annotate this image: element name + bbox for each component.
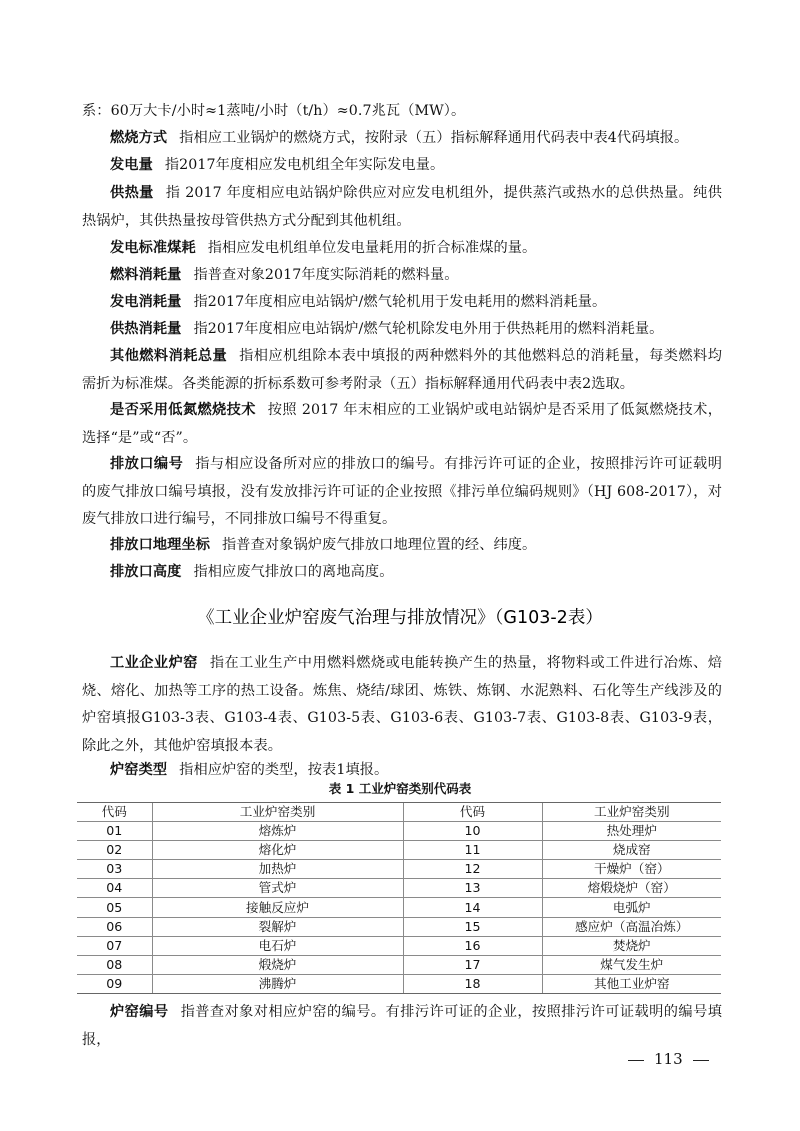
definition-text: 指2017年度相应电站锅炉/燃气轮机除发电外用于供热耗用的燃料消耗量。 [193,321,663,337]
dash-decoration-left [628,1060,644,1061]
table-row: 04 管式炉 13 熔煅烧炉（窑） [77,879,721,898]
category-cell: 电弧炉 [542,898,721,917]
definition-outlet-number: 排放口编号指与相应设备所对应的排放口的编号。有排污许可证的企业，按照排污许可证载… [82,451,722,534]
definition-fuel-consumption: 燃料消耗量指普查对象2017年度实际消耗的燃料量。 [82,262,722,290]
table-row: 01 熔炼炉 10 热处理炉 [77,822,721,841]
category-cell: 干燥炉（窑） [542,860,721,879]
definition-text: 指普查对象2017年度实际消耗的燃料量。 [193,267,458,283]
definition-term: 排放口高度 [110,564,181,580]
definition-term: 发电量 [110,157,153,173]
definition-text: 指相应发电机组单位发电量耗用的折合标准煤的量。 [208,240,537,256]
definition-term: 炉窑编号 [110,1004,169,1020]
paragraph-text: 系：60万大卡/小时≈1蒸吨/小时（t/h）≈0.7兆瓦（MW）。 [82,103,465,119]
table-row: 05 接触反应炉 14 电弧炉 [77,898,721,917]
table-row: 09 沸腾炉 18 其他工业炉窑 [77,974,721,993]
section-title: 《工业企业炉窑废气治理与排放情况》（G103-2表） [0,604,800,632]
definition-text: 指 2017 年度相应电站锅炉除供应对应发电机组外，提供蒸汽或热水的总供热量。纯… [82,185,722,229]
definition-kiln-number: 炉窑编号指普查对象对相应炉窑的编号。有排污许可证的企业，按照排污许可证载明的编号… [82,999,722,1054]
definition-power-fuel-consumption: 发电消耗量指2017年度相应电站锅炉/燃气轮机用于发电耗用的燃料消耗量。 [82,289,722,317]
column-header: 代码 [403,803,542,822]
category-cell: 煤气发生炉 [542,955,721,974]
page-number: 113 [618,1049,719,1069]
definition-industrial-kiln: 工业企业炉窑指在工业生产中用燃料燃烧或电能转换产生的热量，将物料或工件进行冶炼、… [82,650,722,760]
definition-outlet-coordinates: 排放口地理坐标指普查对象锅炉废气排放口地理位置的经、纬度。 [82,532,722,560]
code-cell: 18 [403,974,542,993]
paragraph-continuation: 系：60万大卡/小时≈1蒸吨/小时（t/h）≈0.7兆瓦（MW）。 [82,98,722,126]
definition-text: 指相应炉窑的类型，按表1填报。 [179,762,388,778]
kiln-category-code-table: 代码 工业炉窑类别 代码 工业炉窑类别 01 熔炼炉 10 热处理炉 02 熔化… [77,802,721,994]
definition-term: 燃料消耗量 [110,267,181,283]
table-caption: 表 1 工业炉窑类别代码表 [0,780,800,798]
code-cell: 04 [77,879,152,898]
table-row: 06 裂解炉 15 感应炉（高温冶炼） [77,917,721,936]
definition-text: 指普查对象锅炉废气排放口地理位置的经、纬度。 [222,537,536,553]
definition-heat-supply: 供热量指 2017 年度相应电站锅炉除供应对应发电机组外，提供蒸汽或热水的总供热… [82,180,722,235]
code-cell: 03 [77,860,152,879]
category-cell: 热处理炉 [542,822,721,841]
category-cell: 熔煅烧炉（窑） [542,879,721,898]
category-cell: 电石炉 [152,936,403,955]
table-row: 08 煅烧炉 17 煤气发生炉 [77,955,721,974]
category-cell: 熔炼炉 [152,822,403,841]
definition-low-nitrogen-tech: 是否采用低氮燃烧技术按照 2017 年末相应的工业锅炉或电站锅炉是否采用了低氮燃… [82,397,722,452]
definition-term: 炉窑类型 [110,762,167,778]
definition-term: 燃烧方式 [110,130,167,146]
definition-heat-fuel-consumption: 供热消耗量指2017年度相应电站锅炉/燃气轮机除发电外用于供热耗用的燃料消耗量。 [82,316,722,344]
dash-decoration-right [693,1060,709,1061]
category-cell: 煅烧炉 [152,955,403,974]
code-cell: 12 [403,860,542,879]
category-cell: 加热炉 [152,860,403,879]
definition-term: 其他燃料消耗总量 [110,348,227,364]
definition-term: 工业企业炉窑 [110,655,198,671]
category-cell: 沸腾炉 [152,974,403,993]
definition-term: 供热消耗量 [110,321,181,337]
definition-power-generation: 发电量指2017年度相应发电机组全年实际发电量。 [82,152,722,180]
category-cell: 感应炉（高温冶炼） [542,917,721,936]
definition-text: 指2017年度相应发电机组全年实际发电量。 [165,157,444,173]
code-cell: 09 [77,974,152,993]
page-number-value: 113 [654,1050,683,1068]
code-cell: 01 [77,822,152,841]
definition-text: 指2017年度相应电站锅炉/燃气轮机用于发电耗用的燃料消耗量。 [193,294,606,310]
category-cell: 接触反应炉 [152,898,403,917]
definition-outlet-height: 排放口高度指相应废气排放口的离地高度。 [82,559,722,587]
table-row: 02 熔化炉 11 烧成窑 [77,841,721,860]
category-cell: 管式炉 [152,879,403,898]
definition-term: 发电消耗量 [110,294,181,310]
code-cell: 17 [403,955,542,974]
definition-term: 是否采用低氮燃烧技术 [110,402,256,418]
code-cell: 06 [77,917,152,936]
code-cell: 07 [77,936,152,955]
code-cell: 16 [403,936,542,955]
table-row: 07 电石炉 16 焚烧炉 [77,936,721,955]
definition-term: 发电标准煤耗 [110,240,196,256]
definition-text: 指相应废气排放口的离地高度。 [193,564,393,580]
code-cell: 05 [77,898,152,917]
definition-term: 排放口地理坐标 [110,537,210,553]
category-cell: 裂解炉 [152,917,403,936]
definition-standard-coal-consumption: 发电标准煤耗指相应发电机组单位发电量耗用的折合标准煤的量。 [82,235,722,263]
definition-text: 指普查对象对相应炉窑的编号。有排污许可证的企业，按照排污许可证载明的编号填报， [82,1004,722,1048]
category-cell: 熔化炉 [152,841,403,860]
code-cell: 15 [403,917,542,936]
table-row: 03 加热炉 12 干燥炉（窑） [77,860,721,879]
definition-other-fuel-total: 其他燃料消耗总量指相应机组除本表中填报的两种燃料外的其他燃料总的消耗量，每类燃料… [82,343,722,398]
code-cell: 02 [77,841,152,860]
definition-term: 供热量 [110,185,154,201]
category-cell: 其他工业炉窑 [542,974,721,993]
category-cell: 焚烧炉 [542,936,721,955]
column-header: 代码 [77,803,152,822]
table-header-row: 代码 工业炉窑类别 代码 工业炉窑类别 [77,803,721,822]
document-page: 系：60万大卡/小时≈1蒸吨/小时（t/h）≈0.7兆瓦（MW）。 燃烧方式指相… [0,0,800,1131]
category-cell: 烧成窑 [542,841,721,860]
column-header: 工业炉窑类别 [542,803,721,822]
code-cell: 08 [77,955,152,974]
code-cell: 14 [403,898,542,917]
definition-term: 排放口编号 [110,456,183,472]
code-cell: 11 [403,841,542,860]
definition-combustion-mode: 燃烧方式指相应工业锅炉的燃烧方式，按附录（五）指标解释通用代码表中表4代码填报。 [82,125,722,153]
definition-text: 指相应工业锅炉的燃烧方式，按附录（五）指标解释通用代码表中表4代码填报。 [179,130,688,146]
column-header: 工业炉窑类别 [152,803,403,822]
code-cell: 13 [403,879,542,898]
code-cell: 10 [403,822,542,841]
